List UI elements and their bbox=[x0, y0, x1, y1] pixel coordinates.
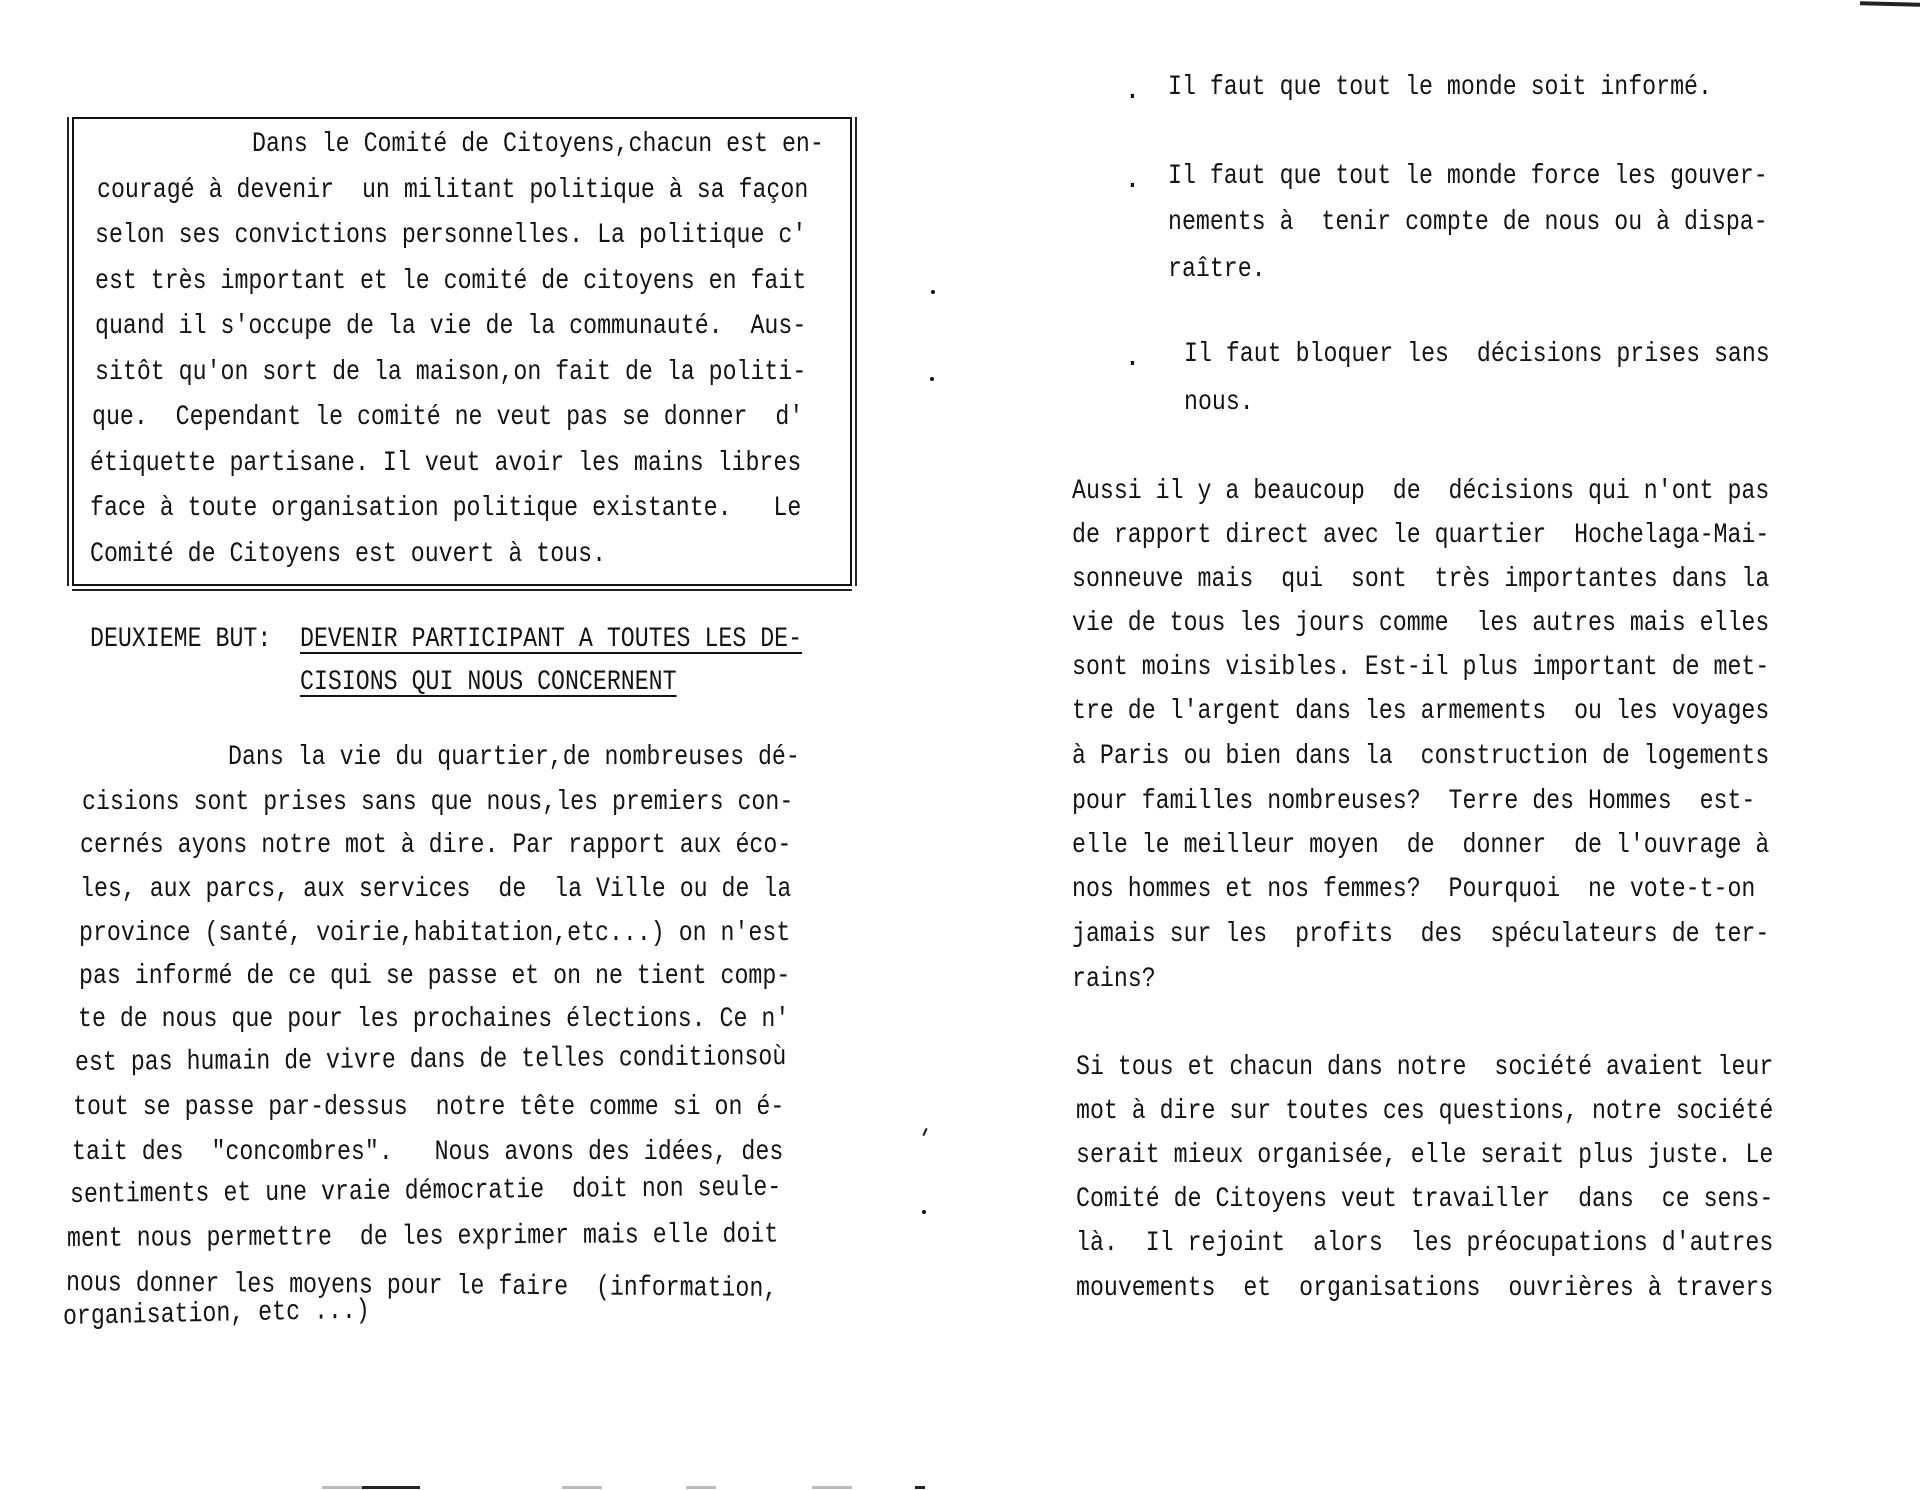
boxed-paragraph-line: Dans le Comité de Citoyens,chacun est en… bbox=[252, 129, 824, 161]
bullet-marker: . bbox=[1124, 165, 1141, 197]
scan-edge-line bbox=[686, 1486, 716, 1489]
bullet-item-line: Il faut que tout le monde force les gouv… bbox=[1168, 161, 1768, 193]
bullet-item-line: nements à tenir compte de nous ou à disp… bbox=[1168, 207, 1768, 239]
bullet-marker: . bbox=[1124, 76, 1141, 108]
body-paragraph-line: te de nous que pour les prochaines élect… bbox=[78, 1004, 789, 1036]
body-paragraph-line: ment nous permettre de les exprimer mais… bbox=[67, 1220, 778, 1256]
body-paragraph-line: sentiments et une vraie démocratie doit … bbox=[70, 1173, 781, 1212]
gutter-dot-mark bbox=[930, 377, 934, 381]
scan-edge-line bbox=[360, 1486, 420, 1489]
paragraph-line: serait mieux organisée, elle serait plus… bbox=[1076, 1140, 1773, 1172]
boxed-paragraph-line: quand il s'occupe de la vie de la commun… bbox=[95, 311, 806, 343]
right-page: .Il faut que tout le monde soit informé.… bbox=[960, 0, 1920, 1490]
body-paragraph-line: cernés ayons notre mot à dire. Par rappo… bbox=[80, 830, 791, 862]
paragraph-line: mot à dire sur toutes ces questions, not… bbox=[1076, 1096, 1773, 1128]
section-heading-label: DEUXIEME BUT: bbox=[90, 624, 271, 656]
bullet-marker: . bbox=[1124, 343, 1141, 375]
paragraph-line: sonneuve mais qui sont très importantes … bbox=[1072, 564, 1769, 596]
body-paragraph-line: organisation, etc ...) bbox=[63, 1296, 370, 1334]
boxed-paragraph-line: couragé à devenir un militant politique … bbox=[97, 175, 808, 207]
body-paragraph-line: tait des "concombres". Nous avons des id… bbox=[72, 1137, 783, 1169]
bullet-item-line: nous. bbox=[1184, 387, 1254, 419]
paragraph-line: sont moins visibles. Est-il plus importa… bbox=[1072, 652, 1769, 684]
gutter-dot-mark bbox=[922, 1210, 926, 1214]
paragraph-line: Aussi il y a beaucoup de décisions qui n… bbox=[1072, 476, 1769, 508]
body-paragraph-line: pas informé de ce qui se passe et on ne … bbox=[79, 961, 790, 993]
scan-edge-line bbox=[562, 1486, 602, 1489]
paragraph-line: pour familles nombreuses? Terre des Homm… bbox=[1072, 786, 1755, 818]
bullet-item-line: raître. bbox=[1168, 254, 1266, 286]
boxed-paragraph-line: face à toute organisation politique exis… bbox=[90, 493, 801, 525]
body-paragraph-line: est pas humain de vivre dans de telles c… bbox=[75, 1042, 786, 1080]
gutter-dot-mark bbox=[931, 290, 935, 294]
paragraph-line: Comité de Citoyens veut travailler dans … bbox=[1076, 1184, 1773, 1216]
paragraph-line: rains? bbox=[1072, 964, 1156, 996]
scan-edge-line bbox=[812, 1486, 852, 1489]
body-paragraph-line: province (santé, voirie,habitation,etc..… bbox=[79, 918, 790, 950]
body-paragraph-line: cisions sont prises sans que nous,les pr… bbox=[82, 787, 793, 819]
left-page: Dans le Comité de Citoyens,chacun est en… bbox=[0, 0, 960, 1490]
boxed-paragraph-line: est très important et le comité de citoy… bbox=[95, 266, 806, 298]
scan-edge-line bbox=[915, 1486, 925, 1489]
paragraph-line: jamais sur les profits des spéculateurs … bbox=[1072, 919, 1769, 951]
section-heading-title-line-2: CISIONS QUI NOUS CONCERNENT bbox=[300, 667, 677, 699]
paragraph-line: nos hommes et nos femmes? Pourquoi ne vo… bbox=[1072, 874, 1755, 906]
bullet-item-line: Il faut que tout le monde soit informé. bbox=[1168, 72, 1712, 104]
paragraph-line: vie de tous les jours comme les autres m… bbox=[1072, 608, 1769, 640]
paragraph-line: elle le meilleur moyen de donner de l'ou… bbox=[1072, 830, 1769, 862]
boxed-paragraph-line: sitôt qu'on sort de la maison,on fait de… bbox=[95, 357, 806, 389]
paragraph-line: Si tous et chacun dans notre société ava… bbox=[1076, 1052, 1773, 1084]
body-paragraph-line: les, aux parcs, aux services de la Ville… bbox=[80, 874, 791, 906]
boxed-paragraph-line: étiquette partisane. Il veut avoir les m… bbox=[90, 448, 801, 480]
body-paragraph-line: tout se passe par-dessus notre tête comm… bbox=[73, 1092, 784, 1124]
section-heading-title-line-1: DEVENIR PARTICIPANT A TOUTES LES DE- bbox=[300, 624, 802, 656]
boxed-paragraph-line: selon ses convictions personnelles. La p… bbox=[95, 220, 806, 252]
paragraph-line: mouvements et organisations ouvrières à … bbox=[1076, 1273, 1773, 1305]
boxed-paragraph-line: que. Cependant le comité ne veut pas se … bbox=[92, 402, 803, 434]
scan-edge-line bbox=[322, 1486, 362, 1489]
paragraph-line: à Paris ou bien dans la construction de … bbox=[1072, 741, 1769, 773]
body-paragraph-line: Dans la vie du quartier,de nombreuses dé… bbox=[228, 742, 800, 774]
paragraph-line: là. Il rejoint alors les préocupations d… bbox=[1076, 1228, 1773, 1260]
bullet-item-line: Il faut bloquer les décisions prises san… bbox=[1184, 339, 1770, 371]
boxed-paragraph-line: Comité de Citoyens est ouvert à tous. bbox=[90, 539, 606, 571]
paragraph-line: de rapport direct avec le quartier Hoche… bbox=[1072, 520, 1769, 552]
paragraph-line: tre de l'argent dans les armements ou le… bbox=[1072, 696, 1769, 728]
